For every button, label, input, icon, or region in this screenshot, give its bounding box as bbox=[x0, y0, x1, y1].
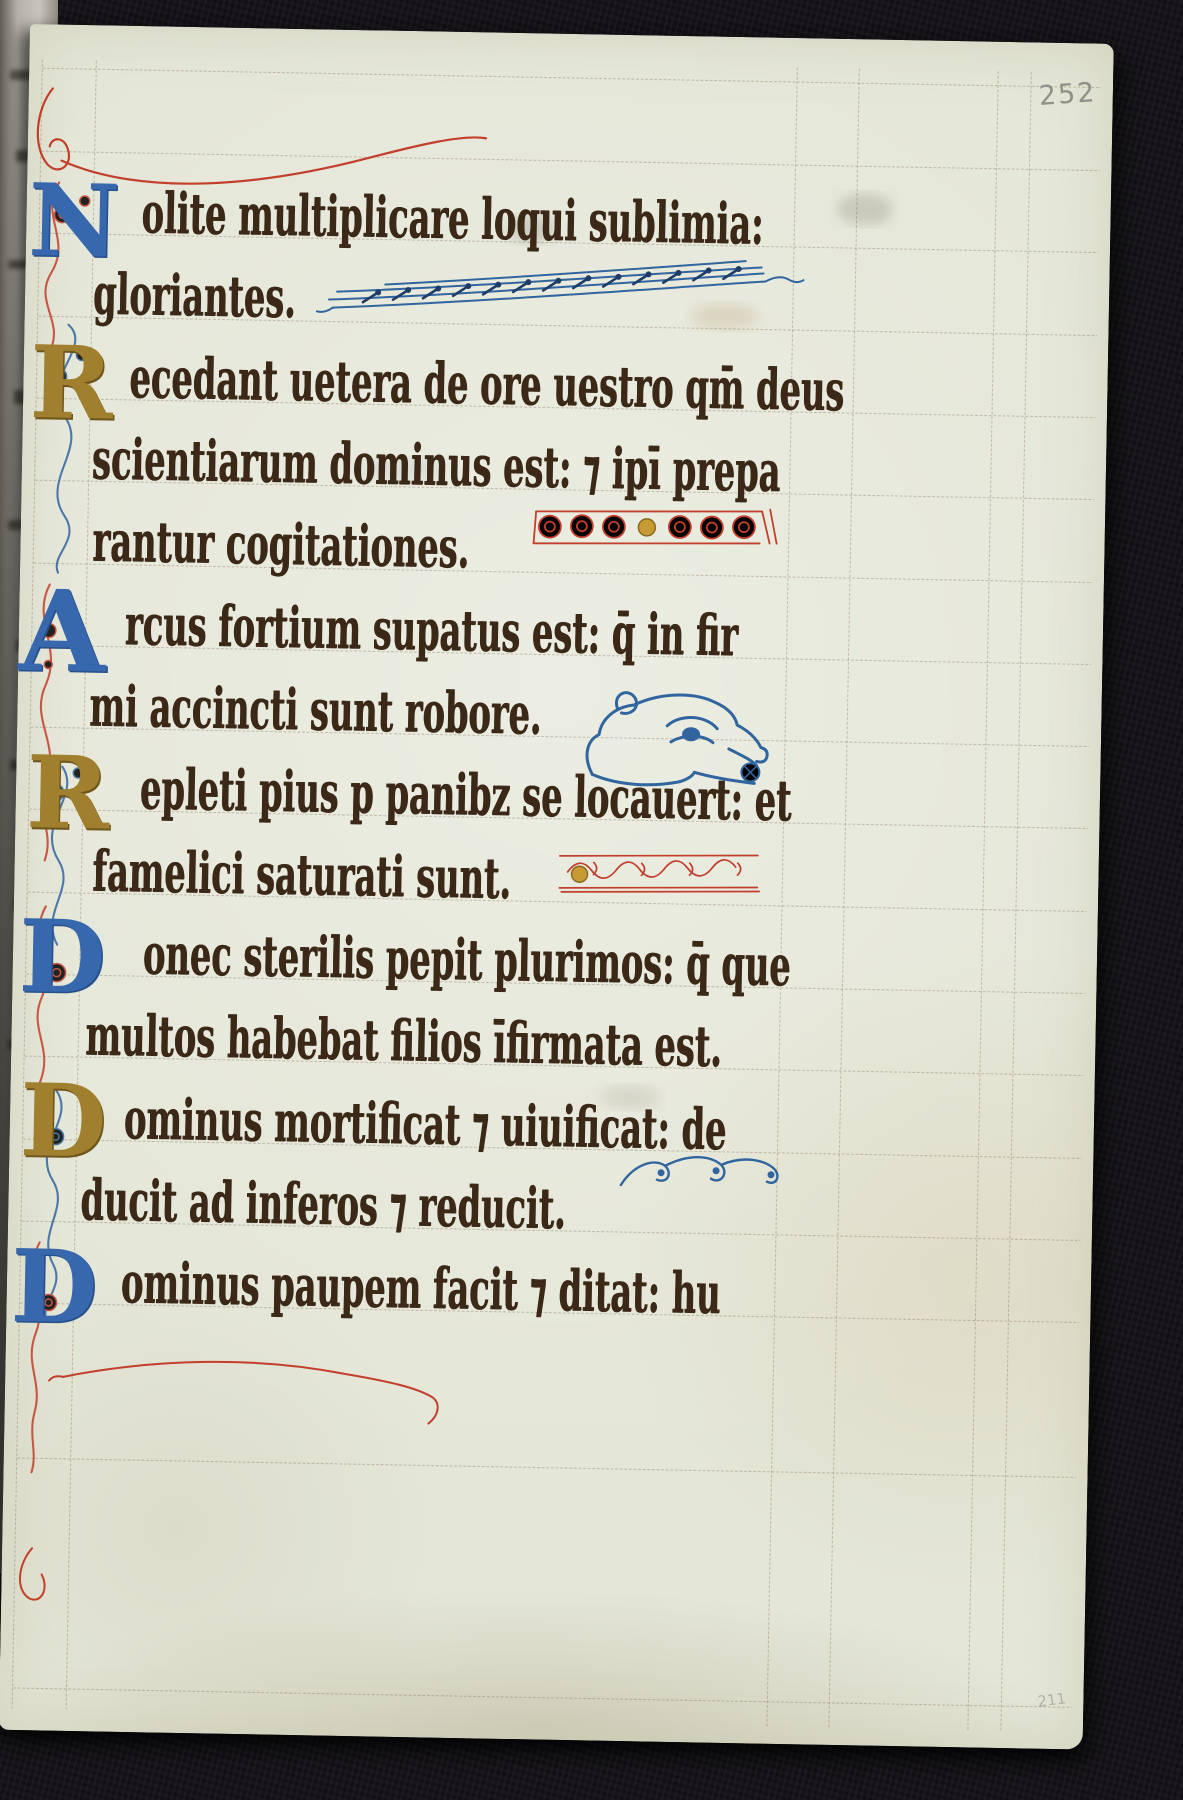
versal-initial-a: A bbox=[18, 576, 104, 690]
versal-initial-n: N bbox=[27, 170, 113, 272]
text-line: gloriantes. bbox=[92, 264, 431, 336]
versal-initial-d1: D bbox=[18, 906, 104, 1008]
text-line: famelici saturati sunt. bbox=[92, 841, 791, 920]
versal-initial-r2: R bbox=[25, 742, 111, 844]
folio-number: 252 bbox=[1038, 77, 1098, 112]
versal-initial-d3: D bbox=[10, 1236, 96, 1338]
versal-initial-d2: D bbox=[19, 1070, 105, 1172]
manuscript-page: N R A R D D D olite multiplicare loqui s… bbox=[0, 24, 1114, 1750]
photo-background: { "page": { "folio_number": "252", "lowe… bbox=[0, 0, 1183, 1800]
text-line: rantur cogitationes. bbox=[92, 511, 721, 588]
lower-corner-number: 211 bbox=[1036, 1689, 1067, 1710]
versal-initial-r1: R bbox=[29, 332, 115, 434]
bottom-flourish-penwork bbox=[20, 1358, 439, 1607]
text-line: mi accincti sunt robore. bbox=[89, 676, 844, 756]
